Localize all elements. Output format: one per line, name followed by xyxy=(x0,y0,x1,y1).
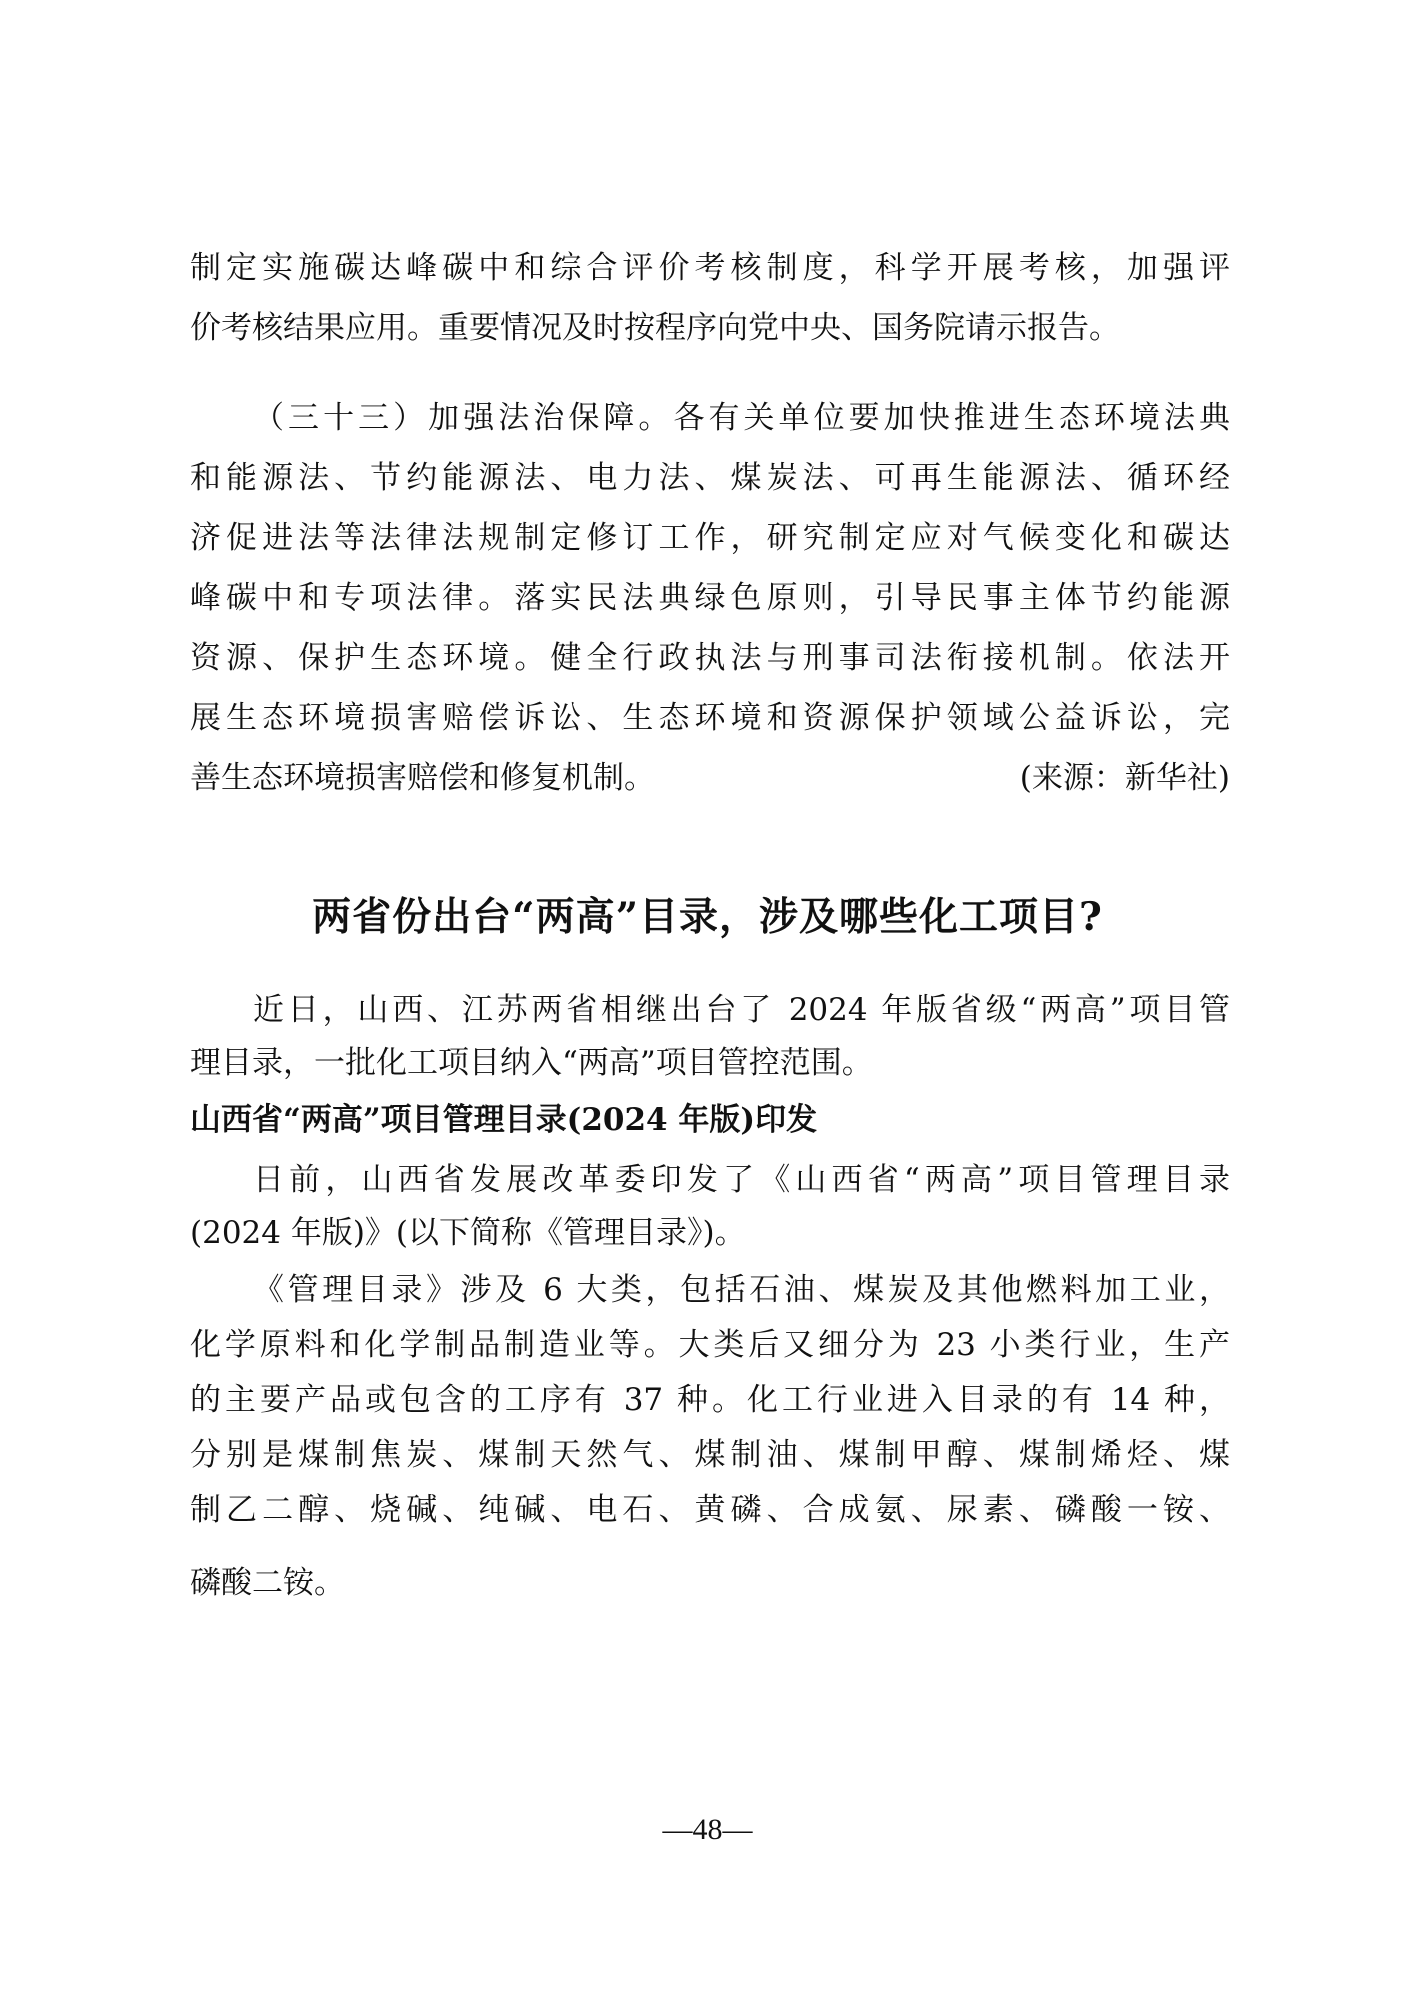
text-line: 资源、保护生态环境。健全行政执法与刑事司法衔接机制。依法开 xyxy=(190,638,1230,678)
text-line: (2024 年版)》(以下简称《管理目录》)。 xyxy=(190,1213,1230,1253)
text-line: 化学原料和化学制品制造业等。大类后又细分为 23 小类行业，生产 xyxy=(190,1325,1230,1365)
text-line: 分别是煤制焦炭、煤制天然气、煤制油、煤制甲醇、煤制烯烃、煤 xyxy=(190,1435,1230,1475)
text-line: 和能源法、节约能源法、电力法、煤炭法、可再生能源法、循环经 xyxy=(190,458,1230,498)
text-line: 展生态环境损害赔偿诉讼、生态环境和资源保护领域公益诉讼，完 xyxy=(190,698,1230,738)
section-subheading: 山西省“两高”项目管理目录(2024 年版)印发 xyxy=(190,1100,817,1140)
text-line: 价考核结果应用。重要情况及时按程序向党中央、国务院请示报告。 xyxy=(190,308,1230,348)
source-attribution: (来源：新华社) xyxy=(1020,758,1230,798)
text-line: 磷酸二铵。 xyxy=(190,1563,1230,1603)
text-line: （三十三）加强法治保障。各有关单位要加快推进生态环境法典 xyxy=(253,398,1230,438)
text-line: 的主要产品或包含的工序有 37 种。化工行业进入目录的有 14 种， xyxy=(190,1380,1230,1420)
article-title: 两省份出台“两高”目录，涉及哪些化工项目? xyxy=(0,892,1415,942)
text-line: 制定实施碳达峰碳中和综合评价考核制度，科学开展考核，加强评 xyxy=(190,248,1230,288)
page-number: —48— xyxy=(0,1810,1415,1850)
text-line: 峰碳中和专项法律。落实民法典绿色原则，引导民事主体节约能源 xyxy=(190,578,1230,618)
text-line: 济促进法等法律法规制定修订工作，研究制定应对气候变化和碳达 xyxy=(190,518,1230,558)
text-line: 理目录，一批化工项目纳入“两高”项目管控范围。 xyxy=(190,1043,1230,1083)
text-line: 近日，山西、江苏两省相继出台了 2024 年版省级“两高”项目管 xyxy=(253,990,1230,1030)
text-line: 制乙二醇、烧碱、纯碱、电石、黄磷、合成氨、尿素、磷酸一铵、 xyxy=(190,1490,1230,1530)
text-line: 《管理目录》涉及 6 大类，包括石油、煤炭及其他燃料加工业， xyxy=(253,1270,1230,1310)
text-line: 日前，山西省发展改革委印发了《山西省“两高”项目管理目录 xyxy=(253,1160,1230,1200)
